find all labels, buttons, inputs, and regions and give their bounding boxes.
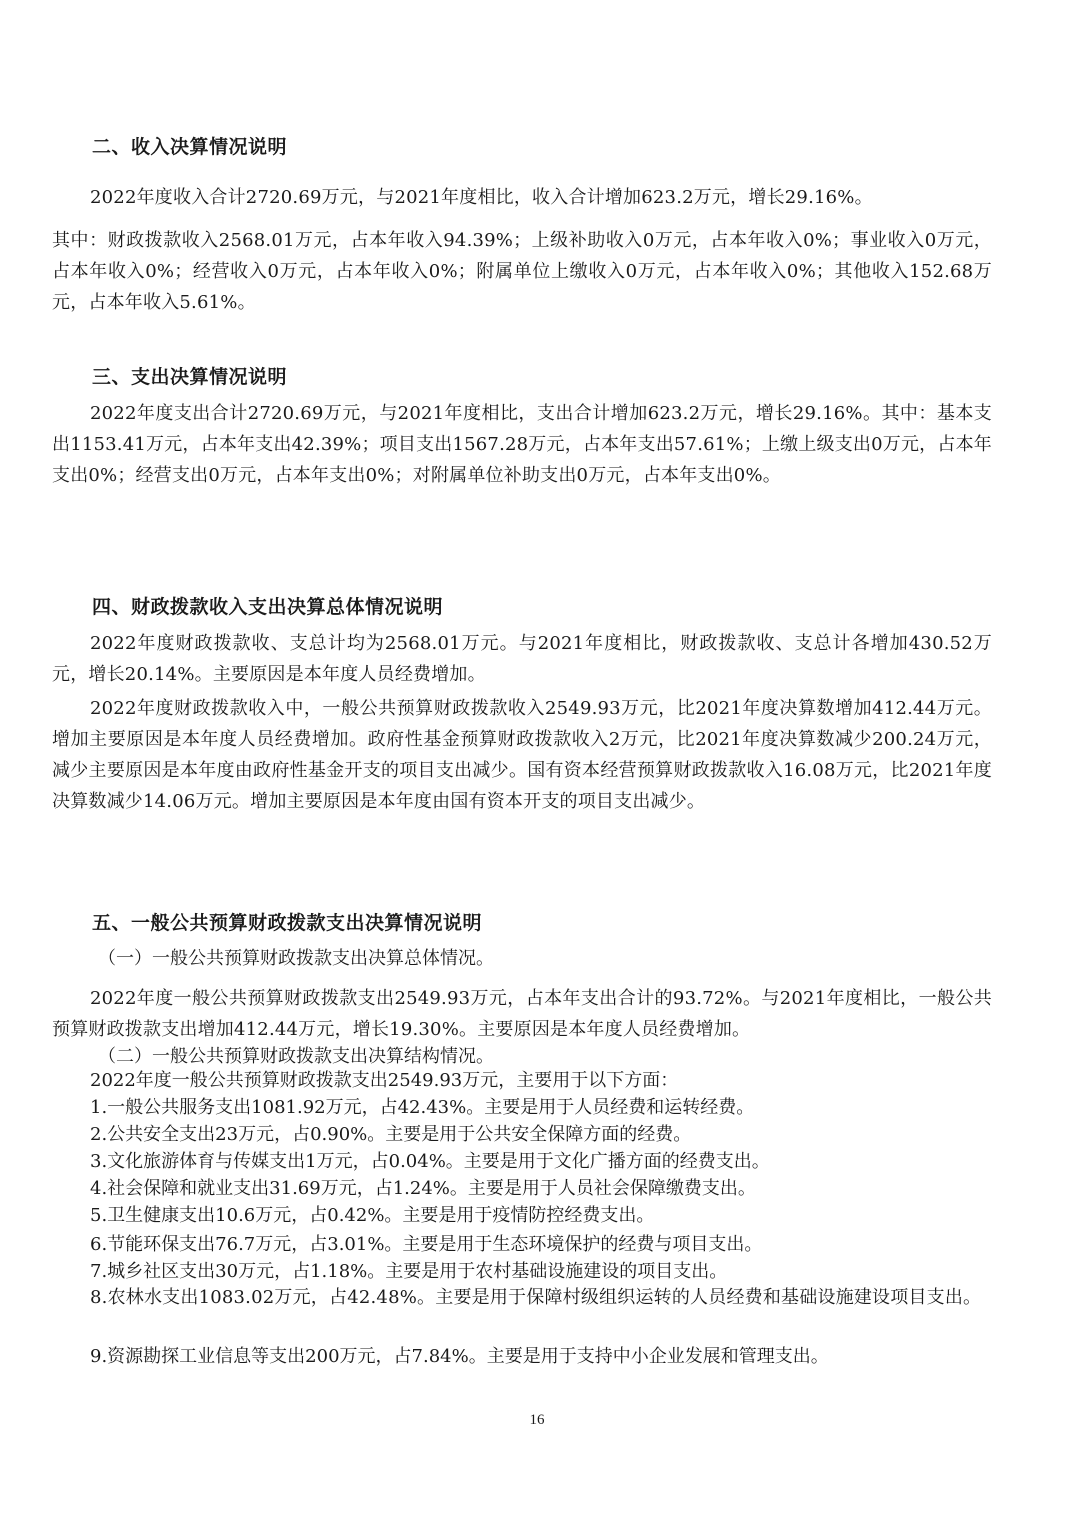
income-breakdown-paragraph: 其中：财政拨款收入2568.01万元，占本年收入94.39%；上级补助收入0万元… (52, 225, 992, 318)
structure-intro: 2022年度一般公共预算财政拨款支出2549.93万元，主要用于以下方面： (90, 1067, 678, 1095)
list-item: 1.一般公共服务支出1081.92万元，占42.43%。主要是用于人员经费和运转… (90, 1094, 754, 1122)
section-heading-fiscal-overview: 四、财政拨款收入支出决算总体情况说明 (92, 592, 443, 619)
page-number: 16 (0, 1412, 1074, 1429)
list-item: 4.社会保障和就业支出31.69万元，占1.24%。主要是用于人员社会保障缴费支… (90, 1175, 756, 1203)
list-item: 3.文化旅游体育与传媒支出1万元，占0.04%。主要是用于文化广播方面的经费支出… (90, 1148, 770, 1176)
subheading-overall: （一）一般公共预算财政拨款支出决算总体情况。 (98, 944, 494, 970)
subheading-structure: （二）一般公共预算财政拨款支出决算结构情况。 (98, 1042, 494, 1068)
expenditure-paragraph: 2022年度支出合计2720.69万元，与2021年度相比，支出合计增加623.… (52, 398, 992, 491)
list-item: 9.资源勘探工业信息等支出200万元，占7.84%。主要是用于支持中小企业发展和… (90, 1343, 829, 1371)
list-item: 8.农林水支出1083.02万元，占42.48%。主要是用于保障村级组织运转的人… (52, 1283, 992, 1312)
section-heading-general-budget: 五、一般公共预算财政拨款支出决算情况说明 (92, 908, 482, 935)
general-budget-overall-paragraph: 2022年度一般公共预算财政拨款支出2549.93万元，占本年支出合计的93.7… (52, 983, 992, 1045)
income-total-paragraph: 2022年度收入合计2720.69万元，与2021年度相比，收入合计增加623.… (52, 182, 992, 213)
section-heading-expenditure: 三、支出决算情况说明 (92, 362, 287, 389)
section-heading-income: 二、收入决算情况说明 (92, 132, 287, 159)
fiscal-overview-paragraph-1: 2022年度财政拨款收、支总计均为2568.01万元。与2021年度相比，财政拨… (52, 628, 992, 690)
list-item: 2.公共安全支出23万元，占0.90%。主要是用于公共安全保障方面的经费。 (90, 1121, 691, 1149)
list-item: 5.卫生健康支出10.6万元，占0.42%。主要是用于疫情防控经费支出。 (90, 1202, 654, 1230)
fiscal-overview-paragraph-2: 2022年度财政拨款收入中，一般公共预算财政拨款收入2549.93万元，比202… (52, 693, 992, 817)
list-item: 6.节能环保支出76.7万元，占3.01%。主要是用于生态环境保护的经费与项目支… (90, 1231, 762, 1259)
list-item: 7.城乡社区支出30万元，占1.18%。主要是用于农村基础设施建设的项目支出。 (90, 1258, 727, 1286)
